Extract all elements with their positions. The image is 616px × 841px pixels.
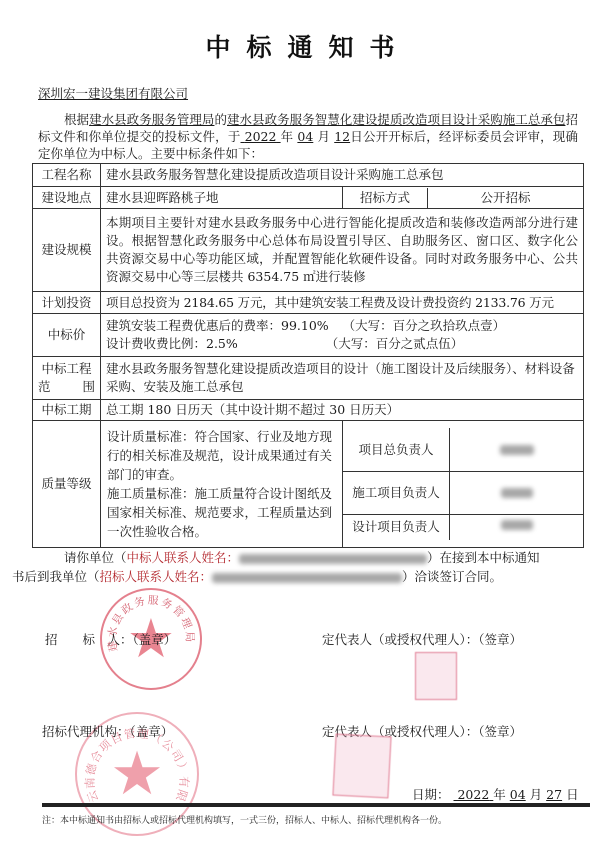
construction-standard: 施工质量标准：施工质量符合设计图纸及国家相关标准、规范要求，工程质量达到一次性验… xyxy=(107,484,336,541)
row-scale: 建设规模 本期项目主要针对建水县政务服务中心进行智能化提质改造和装修改造两部分进… xyxy=(33,209,584,292)
tenderer-name: 建水县政务服务管理局 xyxy=(89,112,214,127)
tenderer-rep-label: 定代表人（或授权代理人）：（签章） xyxy=(322,630,522,648)
design-fee-capital: （大写：百分之贰点伍） xyxy=(326,336,464,351)
row-duration: 中标工期 总工期 180 日历天（其中设计期不超过 30 日历天） xyxy=(33,400,584,421)
investment-value: 项目总投资为 2184.65 万元，其中建筑安装工程费及设计费投资约 2133.… xyxy=(101,292,584,314)
row-investment: 计划投资 项目总投资为 2184.65 万元，其中建筑安装工程费及设计费投资约 … xyxy=(33,292,584,314)
year-unit: 年 xyxy=(281,129,294,144)
intro-prefix: 根据 xyxy=(64,112,89,127)
project-name: 建水县政务服务智慧化建设提质改造项目设计采购施工总承包 xyxy=(227,112,565,127)
method-label: 招标方式 xyxy=(343,188,428,208)
design-standard: 设计质量标准：符合国家、行业及地方现行的相关标准及规范，设计成果通过有关部门的审… xyxy=(107,427,336,484)
scale-value: 本期项目主要针对建水县政务服务中心进行智能化提质改造和装修改造两部分进行建设。根… xyxy=(101,209,584,292)
agency-seal-label: 招标代理机构：（盖章） xyxy=(42,722,173,740)
tenderer-rep-seal xyxy=(415,652,457,700)
agency-rep-seal xyxy=(332,734,391,799)
role-name-redacted xyxy=(450,471,584,514)
contact-request: 请你单位（中标人联系人姓名：）在接到本中标通知 书后到我单位（招标人联系人姓名：… xyxy=(38,548,583,586)
scale-label: 建设规模 xyxy=(33,209,101,292)
row-quality: 质量等级 设计质量标准：符合国家、行业及地方现行的相关标准及规范，设计成果通过有… xyxy=(33,421,584,548)
rate-line: 建筑安装工程费优惠后的费率：99.10% xyxy=(106,318,329,333)
footnote: 注：本中标通知书由招标人或招标代理机构填写，一式三份，招标人、中标人、招标代理机… xyxy=(42,813,447,826)
rate-capital: （大写：百分之玖拾玖点壹） xyxy=(343,318,506,333)
responsible-persons: 项目总负责人 施工项目负责人 设计项目负责人 xyxy=(343,421,584,548)
row-bid-price: 中标价 建筑安装工程费优惠后的费率：99.10%（大写：百分之玖拾玖点壹） 设计… xyxy=(33,314,584,357)
method-cell: 招标方式 公开招标 xyxy=(343,187,584,209)
project-name-label: 工程名称 xyxy=(33,164,101,187)
role-name-redacted xyxy=(450,428,584,471)
tenderer-contact-label: 招标人联系人姓名： xyxy=(100,569,213,584)
method-value: 公开招标 xyxy=(428,188,584,208)
design-fee-line: 设计费收费比例：2.5% xyxy=(106,336,238,351)
document-title: 中标通知书 xyxy=(0,28,616,64)
bid-price-label: 中标价 xyxy=(33,314,101,357)
row-location: 建设地点 建水县迎晖路桃子地 招标方式 公开招标 xyxy=(33,187,584,209)
investment-label: 计划投资 xyxy=(33,292,101,314)
star-icon: ★ xyxy=(110,744,164,804)
scope-label: 中标工程 范 围 xyxy=(33,357,101,400)
bid-price-value: 建筑安装工程费优惠后的费率：99.10%（大写：百分之玖拾玖点壹） 设计费收费比… xyxy=(101,314,584,357)
quality-standards: 设计质量标准：符合国家、行业及地方现行的相关标准及规范，设计成果通过有关部门的审… xyxy=(101,421,343,548)
winner-contact-label: 中标人联系人姓名： xyxy=(127,550,240,565)
issue-date: 日期： 2022 年 04 月 27 日 xyxy=(412,785,579,803)
duration-value: 总工期 180 日历天（其中设计期不超过 30 日历天） xyxy=(101,400,584,421)
role-name-redacted xyxy=(450,514,584,540)
duration-label: 中标工期 xyxy=(33,400,101,421)
role-title: 设计项目负责人 xyxy=(343,514,450,540)
open-day: 12 xyxy=(334,129,350,144)
project-name-value: 建水县政务服务智慧化建设提质改造项目设计采购施工总承包 xyxy=(101,164,584,187)
location-value: 建水县迎晖路桃子地 xyxy=(101,187,343,209)
tenderer-contact-redacted xyxy=(212,573,402,583)
quality-label: 质量等级 xyxy=(33,421,101,548)
row-project-name: 工程名称 建水县政务服务智慧化建设提质改造项目设计采购施工总承包 xyxy=(33,164,584,187)
month-unit: 月 xyxy=(317,129,330,144)
intro-of: 的 xyxy=(214,112,227,127)
winner-contact-redacted xyxy=(239,554,427,564)
scope-value: 建水县政务服务智慧化建设提质改造项目的设计（施工图设计及后续服务）、材料设备采购… xyxy=(101,357,584,400)
role-title: 项目总负责人 xyxy=(343,428,450,471)
intro-paragraph: 根据建水县政务服务管理局的建水县政务服务智慧化建设提质改造项目设计采购施工总承包… xyxy=(38,111,578,162)
location-label: 建设地点 xyxy=(33,187,101,209)
bid-conditions-table: 工程名称 建水县政务服务智慧化建设提质改造项目设计采购施工总承包 建设地点 建水… xyxy=(32,163,584,548)
tenderer-seal-label: 招 标 人：（盖章） xyxy=(45,630,176,648)
open-year: 2022 xyxy=(241,129,281,144)
footer-divider xyxy=(42,803,590,807)
role-title: 施工项目负责人 xyxy=(343,471,450,514)
row-scope: 中标工程 范 围 建水县政务服务智慧化建设提质改造项目的设计（施工图设计及后续服… xyxy=(33,357,584,400)
open-month: 04 xyxy=(297,129,313,144)
recipient-company: 深圳宏一建设集团有限公司 xyxy=(38,84,188,102)
